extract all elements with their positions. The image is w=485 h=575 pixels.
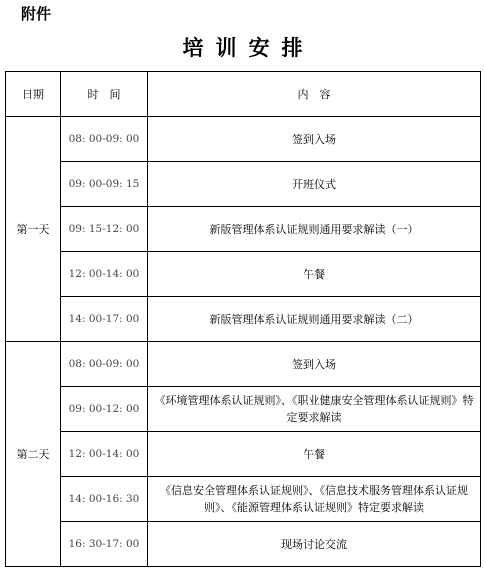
time-cell: 14: 00-17: 00: [61, 297, 148, 342]
header-time: 时 间: [61, 72, 148, 117]
table-row: 09: 00-09: 15 开班仪式: [6, 162, 481, 207]
content-cell: 《环境管理体系认证规则》、《职业健康安全管理体系认证规则》特定要求解读: [148, 387, 481, 432]
schedule-table: 日期 时 间 内 容 第一天 08: 00-09: 00 签到入场 09: 00…: [5, 71, 481, 567]
time-cell: 12: 00-14: 00: [61, 432, 148, 477]
time-cell: 09: 00-09: 15: [61, 162, 148, 207]
time-cell: 09: 15-12: 00: [61, 207, 148, 252]
table-header-row: 日期 时 间 内 容: [6, 72, 481, 117]
table-row: 12: 00-14: 00 午餐: [6, 252, 481, 297]
day-label: 第一天: [6, 117, 61, 342]
content-cell: 午餐: [148, 432, 481, 477]
time-cell: 14: 00-16: 30: [61, 477, 148, 522]
table-row: 09: 00-12: 00 《环境管理体系认证规则》、《职业健康安全管理体系认证…: [6, 387, 481, 432]
table-row: 12: 00-14: 00 午餐: [6, 432, 481, 477]
content-cell: 签到入场: [148, 117, 481, 162]
time-cell: 08: 00-09: 00: [61, 117, 148, 162]
time-cell: 08: 00-09: 00: [61, 342, 148, 387]
page-title: 培训安排: [0, 32, 485, 62]
attachment-label: 附件: [21, 3, 51, 24]
content-cell: 新版管理体系认证规则通用要求解读（二）: [148, 297, 481, 342]
time-cell: 16: 30-17: 00: [61, 522, 148, 567]
time-cell: 12: 00-14: 00: [61, 252, 148, 297]
table-row: 09: 15-12: 00 新版管理体系认证规则通用要求解读（一）: [6, 207, 481, 252]
content-cell: 《信息安全管理体系认证规则》、《信息技术服务管理体系认证规则》、《能源管理体系认…: [148, 477, 481, 522]
day-label: 第二天: [6, 342, 61, 567]
content-cell: 新版管理体系认证规则通用要求解读（一）: [148, 207, 481, 252]
table-row: 第一天 08: 00-09: 00 签到入场: [6, 117, 481, 162]
content-cell: 现场讨论交流: [148, 522, 481, 567]
header-date: 日期: [6, 72, 61, 117]
table-row: 14: 00-17: 00 新版管理体系认证规则通用要求解读（二）: [6, 297, 481, 342]
content-cell: 签到入场: [148, 342, 481, 387]
table-row: 14: 00-16: 30 《信息安全管理体系认证规则》、《信息技术服务管理体系…: [6, 477, 481, 522]
header-content: 内 容: [148, 72, 481, 117]
content-cell: 午餐: [148, 252, 481, 297]
content-cell: 开班仪式: [148, 162, 481, 207]
table-row: 16: 30-17: 00 现场讨论交流: [6, 522, 481, 567]
time-cell: 09: 00-12: 00: [61, 387, 148, 432]
table-row: 第二天 08: 00-09: 00 签到入场: [6, 342, 481, 387]
